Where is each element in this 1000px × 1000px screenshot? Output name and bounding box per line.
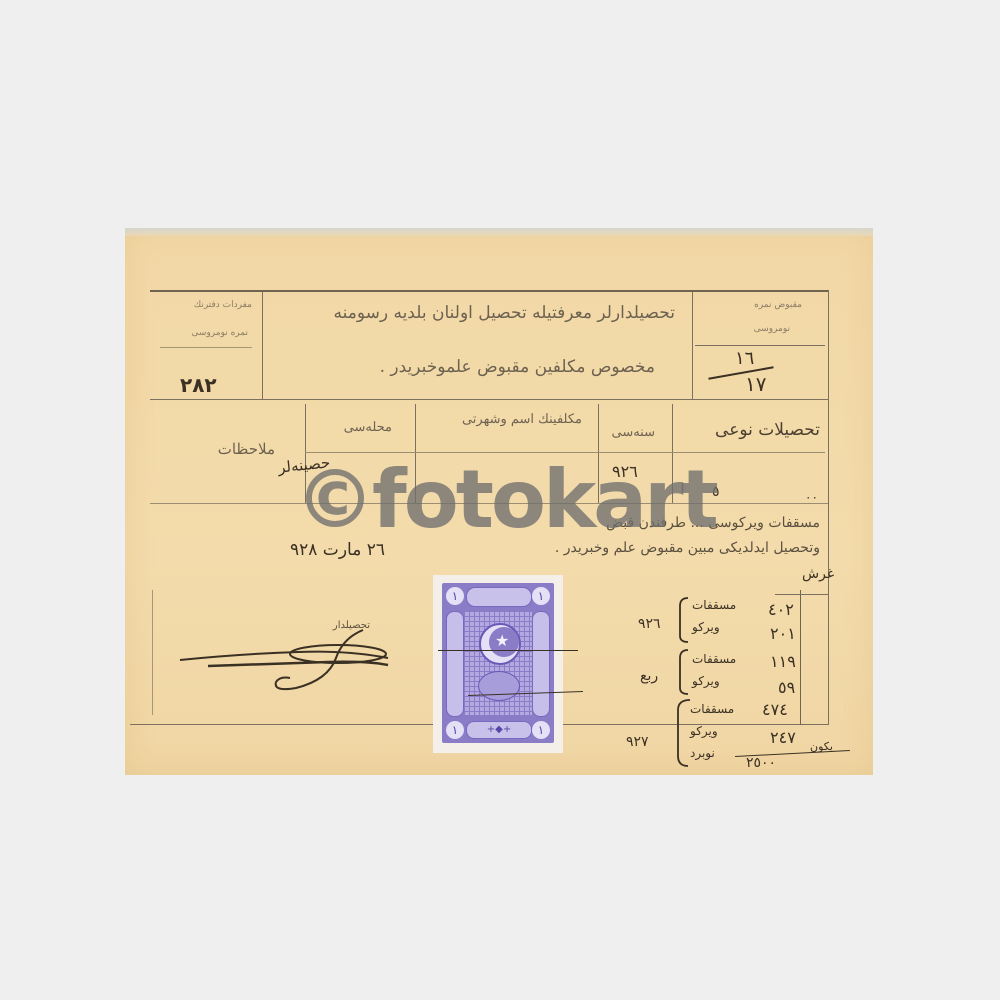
summary-value: ٢٠١	[770, 624, 796, 643]
summary-value: ٤٧٤	[762, 700, 788, 719]
summary-label: مسقفات	[692, 652, 736, 666]
stamp-denomination: ١	[446, 587, 464, 605]
stamp-side-ornament	[446, 611, 464, 717]
right-box-label-1: مقبوض نمره	[754, 300, 802, 310]
stamp-tughra-banner	[466, 587, 532, 607]
row-type: ٠٠	[805, 490, 818, 504]
stamp-medallion	[478, 671, 520, 701]
stamp-side-ornament	[532, 611, 550, 717]
header-bottom-rule	[150, 399, 828, 400]
stamp-denomination: ١	[532, 587, 550, 605]
column-header-name: مکلفینك اسم وشهرتی	[462, 412, 582, 427]
column-header-year: سنه‌سی	[611, 425, 655, 440]
summary-label: ویرکو	[692, 620, 720, 634]
summary-value: ٢٤٧	[770, 728, 796, 747]
right-box-fraction-top: ١٦	[735, 348, 754, 369]
summary-label: مسقفات	[692, 598, 736, 612]
watermark: ©fotokart	[295, 455, 716, 545]
stamp-denomination: ١	[446, 721, 464, 739]
summary-label: ویرکو	[690, 724, 718, 738]
summary-label: ویرکو	[692, 674, 720, 688]
stamp-denomination: ١	[532, 721, 550, 739]
right-box-label-2: نومروسی	[754, 324, 790, 334]
crescent-and-star-icon: ★	[479, 623, 521, 665]
frame-right	[828, 290, 829, 725]
top-rule	[150, 290, 828, 292]
summary-value: ١١٩	[770, 652, 796, 671]
right-box-divider	[695, 345, 825, 346]
left-box-label-1: مفردات دفترنك	[194, 300, 252, 310]
summary-total: ٢٥٠٠	[746, 755, 776, 771]
signature	[178, 618, 393, 693]
header-title-line-1: تحصیلدارلر معرفتیله تحصیل اولنان بلدیه ر…	[333, 303, 675, 323]
column-header-type: تحصیلات نوعی	[715, 420, 820, 440]
stamp-bottom-ornament: +◆+	[466, 721, 532, 739]
left-box-underline	[160, 347, 252, 348]
summary-year: ٩٢٦	[638, 616, 661, 632]
stamp-cancel-line	[438, 650, 578, 651]
frame-left	[152, 590, 153, 715]
right-box-fraction-bottom: ١٧	[745, 372, 766, 396]
summary-label: نوبرد	[690, 746, 715, 760]
summary-label: مسقفات	[690, 702, 734, 716]
summary-header: غرش	[802, 566, 834, 582]
summary-year: ٩٢٧	[626, 734, 649, 750]
summary-total-label: یکون	[810, 740, 833, 753]
summary-divider	[800, 590, 801, 725]
summary-brackets	[672, 596, 692, 771]
summary-value: ٤٠٢	[768, 600, 794, 619]
header-title-line-2: مخصوص مکلفین مقبوض علموخبریدر .	[380, 357, 655, 377]
summary-header-rule	[775, 594, 828, 595]
revenue-stamp: ١ ١ ١ ١ ★ +◆+	[433, 575, 563, 753]
summary-value: ٥٩	[778, 678, 795, 697]
column-header-mahalle: محله‌سی	[344, 420, 392, 435]
header-divider-right	[692, 292, 693, 399]
left-box-number: ٢٨٢	[180, 373, 217, 397]
summary-year: ربع	[640, 668, 658, 684]
left-box-label-2: نمره نومروسی	[191, 328, 248, 338]
header-divider-left	[262, 292, 263, 399]
column-header-remarks: ملاحظات	[218, 440, 275, 458]
